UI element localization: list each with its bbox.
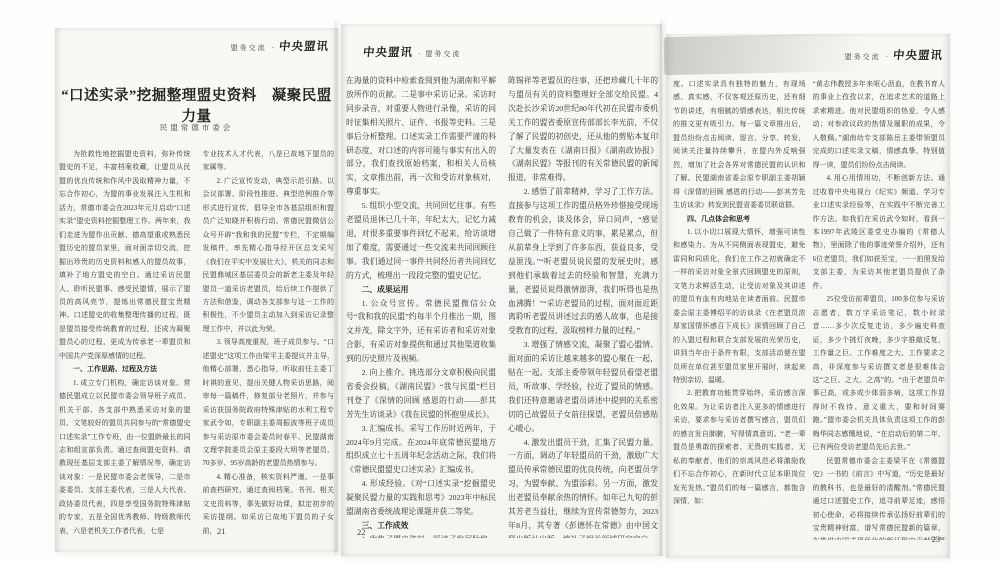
magazine-page-22: 中央盟讯 · 盟务交流 在海量的资料中检索查阅到他为湖南和平解放所作的贡献。二是… [341,24,662,556]
paragraph: 民盟常德市委会主委梁平在《常德盟史》一书的《前言》中写道，“历史是最好的教科书，… [813,455,946,540]
section-heading: 二、成果运用 [346,283,496,297]
article-byline: 民盟常德市委会 [55,122,338,133]
magazine-page-21: 盟务交流 · 中央盟讯 “口述实录”挖掘整理盟史资料 凝聚民盟力量 民盟常德市委… [55,28,338,552]
section-heading: 一、工作思路、过程及方法 [59,363,191,376]
page-header: 盟务交流 · 中央盟讯 [231,38,329,54]
header-separator: · [272,44,274,52]
paragraph: 2. 向上推介。挑选部分文章积极向民盟省委会投稿，《湖南民盟》“我与民盟”栏目刊… [346,366,496,422]
paragraph: 5. 组织小型交流，共同回忆往事。有些老盟员退休已几十年，年纪太大，记忆力减退，… [346,199,496,282]
paragraph: 3. 增强了情感交流，凝聚了盟心盟情。面对面的采访让越来越多的盟心聚在一起，贴在… [508,338,658,435]
page-header: 中央盟讯 · 盟务交流 [363,44,461,60]
paragraph: 1. 以小切口展现大情怀，增强可读性和感染力。为从不同侧面表现盟史，避免雷同和同… [673,226,806,387]
text-column: 度。口述实录具有独特的魅力，有现场感、真实感，不仅客观还原历史，还有细节的讲述，… [673,78,806,540]
paragraph: 4. 形成经验。《对“口述实录”挖掘盟史 凝聚民盟力量的实践和思考》2023年中… [346,477,496,519]
page-body: 为抢救性地挖掘盟史资料，弥补传统盟史的不足，丰富档案收藏，让盟员从民盟的优良传统… [59,148,334,542]
paragraph: 25位受访前辈盟员，100多位参与采访志愿者，数万字采访笔记，数小时录音……多少… [813,293,946,454]
text-column: “黄志伟教授多年来呕心沥血，在教书育人的事业上孜孜以求，在追求艺术的道路上求索精… [813,78,946,540]
paragraph: 2. 感悟了前辈精神，学习了工作方法。直接参与这项工作的盟员格外珍惜接受现场教育… [508,185,658,338]
journal-masthead: 中央盟讯 [362,44,414,60]
paragraph: 4. 激发出盟员干劲，汇集了民盟力量。一方面，调动了年轻盟员的干劲，激励广大盟员… [508,436,658,538]
page-body: 度。口述实录具有独特的魅力，有现场感、真实感，不仅客观还原历史，还有细节的讲述，… [673,78,945,540]
page-number: 22 [357,527,366,537]
paragraph: 2. 把教育功能贯穿始终，采访感言深化效果。为让采访者注入更多的情感进行采访，要… [673,387,806,508]
paragraph: 4. 用心用情用功，不断创新方法。通过收看中央电视台《纪实》频道、学习专业口述实… [813,172,946,293]
paragraph: 1. 收集了盟史资料，厘清了发展脉络。如采访老主委丁时祺时，他讲了已故老主委 [346,533,496,538]
text-column: 专业技术人才代表，八是已故地下盟员的家属等。2. 广泛宣传发动，典型示范引路。以… [203,148,335,542]
page-header: 盟务交流 · 中央盟讯 [845,47,943,63]
section-heading: 三、工作成效 [346,519,496,533]
paragraph: 3. 领导高度重视，班子成员参与。“口述盟史”这项工作由梁平主委提议并主导，他精… [203,336,335,471]
text-column: 在海量的资料中检索查阅到他为湖南和平解放所作的贡献。二是事中采访记录。采访时同步… [346,74,496,538]
section-heading: 四、几点体会和思考 [673,213,806,226]
document-scan: 盟务交流 · 中央盟讯 “口述实录”挖掘整理盟史资料 凝聚民盟力量 民盟常德市委… [0,0,1000,562]
journal-column-label: 盟务交流 [845,52,881,62]
paragraph: 为抢救性地挖掘盟史资料，弥补传统盟史的不足，丰富档案收藏，让盟员从民盟的优良传统… [59,148,191,363]
paragraph: 专业技术人才代表，八是已故地下盟员的家属等。 [203,148,335,175]
paragraph: “黄志伟教授多年来呕心沥血，在教书育人的事业上孜孜以求，在追求艺术的道路上求索精… [813,78,946,172]
text-column: 陈锡祥等老盟员的往事，还把珍藏几十年的与盟员有关的资料整理好全部交给民盟。4次赴… [508,74,658,538]
journal-column-label: 盟务交流 [425,49,461,59]
paragraph: 陈锡祥等老盟员的往事，还把珍藏几十年的与盟员有关的资料整理好全部交给民盟。4次赴… [508,74,658,185]
page-body: 在海量的资料中检索查阅到他为湖南和平解放所作的贡献。二是事中采访记录。采访时同步… [346,74,658,538]
paragraph: 1. 公众号宣传。常德民盟微信公众号“我和我的民盟”约每半个月推出一期，图文并茂… [346,297,496,367]
paragraph: 在海量的资料中检索查阅到他为湖南和平解放所作的贡献。二是事中采访记录。采访时同步… [346,74,496,199]
page-number: 21 [217,526,226,536]
journal-column-label: 盟务交流 [231,43,267,53]
paragraph: 2. 广泛宣传发动，典型示范引路。以会议部署、阶段性推进、典型范例推介等形式进行… [203,175,335,336]
header-separator: · [418,50,420,58]
article-title: “口述实录”挖掘整理盟史资料 凝聚民盟力量 [55,84,338,126]
header-separator: · [886,53,888,61]
paragraph: 1. 成立专门机构，确定访谈对象。常德民盟成立以民盟市委会领导班子成员、机关干部… [59,377,191,538]
journal-masthead: 中央盟讯 [892,47,944,63]
paragraph: 度。口述实录具有独特的魅力，有现场感、真实感，不仅客观还原历史，还有细节的讲述，… [673,78,806,213]
journal-masthead: 中央盟讯 [278,38,330,54]
paragraph: 3. 汇编成书。采写工作历时近两年，于2024年9月完成。在2024年底常德民盟… [346,422,496,478]
text-column: 为抢救性地挖掘盟史资料，弥补传统盟史的不足，丰富档案收藏，让盟员从民盟的优良传统… [59,148,191,542]
page-number: 23 [932,534,941,544]
magazine-page-23: 盟务交流 · 中央盟讯 度。口述实录具有独特的魅力，有现场感、真实感，不仅客观还… [666,34,950,558]
